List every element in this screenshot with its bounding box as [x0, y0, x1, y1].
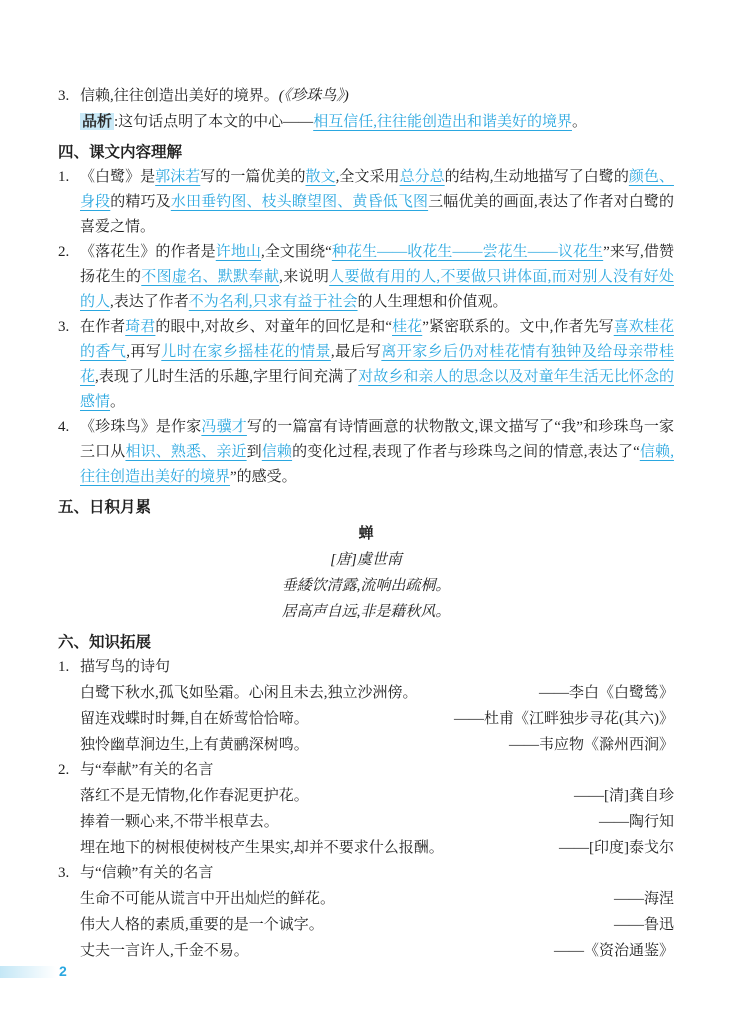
textbook-page: 3. 信赖,往往创造出美好的境界。(《珍珠鸟》) 品析:这句话点明了本文的中心—… — [0, 0, 730, 1024]
item-text: 《珍珠鸟》是作家冯骥才写的一篇富有诗情画意的状物散文,课文描写了“我”和珍珠鸟一… — [80, 415, 674, 490]
analysis-label: 品析 — [80, 113, 114, 130]
quote-line: 伟大人格的素质,重要的是一个诚字。 ——鲁迅 — [58, 912, 674, 938]
poem-title: 蝉 — [58, 522, 674, 547]
quote-source: ——海涅 — [614, 886, 674, 912]
group-heading: 与“奉献”有关的名言 — [80, 758, 674, 783]
quote-line: 埋在地下的树根使树枝产生果实,却并不要求什么报酬。 ——[印度]泰戈尔 — [58, 835, 674, 861]
quote-line: 丈夫一言许人,千金不易。 ——《资治通鉴》 — [58, 938, 674, 964]
quote-line: 落红不是无情物,化作春泥更护花。 ——[清]龚自珍 — [58, 783, 674, 809]
section4-title: 四、课文内容理解 — [58, 140, 674, 165]
group-heading: 描写鸟的诗句 — [80, 655, 674, 680]
item-number: 2. — [58, 240, 80, 265]
quote-text: 捧着一颗心来,不带半根草去。 — [80, 809, 279, 835]
comprehension-item-3: 3. 在作者琦君的眼中,对故乡、对童年的回忆是和“桂花”紧密联系的。文中,作者先… — [58, 315, 674, 415]
item-text: 在作者琦君的眼中,对故乡、对童年的回忆是和“桂花”紧密联系的。文中,作者先写喜欢… — [80, 315, 674, 415]
item-number: 3. — [58, 315, 80, 340]
quote-text: 落红不是无情物,化作春泥更护花。 — [80, 783, 309, 809]
group-heading-row: 2. 与“奉献”有关的名言 — [58, 758, 674, 783]
quote-group-trust: 3. 与“信赖”有关的名言 生命不可能从谎言中开出灿烂的鲜花。 ——海涅 伟大人… — [58, 861, 674, 964]
analysis-text: :这句话点明了本文的中心——相互信任,往往能创造出和谐美好的境界。 — [114, 114, 587, 130]
section6-title: 六、知识拓展 — [58, 630, 674, 655]
quote-line: 独怜幽草涧边生,上有黄鹂深树鸣。 ——韦应物《滁州西涧》 — [58, 732, 674, 758]
group-number: 1. — [58, 655, 80, 680]
section5-title: 五、日积月累 — [58, 495, 674, 520]
group-heading-row: 1. 描写鸟的诗句 — [58, 655, 674, 680]
group-heading: 与“信赖”有关的名言 — [80, 861, 674, 886]
item-number: 3. — [58, 84, 80, 109]
footer-gradient-bar — [0, 966, 56, 978]
comprehension-item-4: 4. 《珍珠鸟》是作家冯骥才写的一篇富有诗情画意的状物散文,课文描写了“我”和珍… — [58, 415, 674, 490]
poem-line-2: 居高声自远,非是藉秋风。 — [58, 599, 674, 625]
sentence-text: 信赖,往往创造出美好的境界。(《珍珠鸟》) — [80, 84, 674, 109]
quote-text: 伟大人格的素质,重要的是一个诚字。 — [80, 912, 324, 938]
quote-text: 白鹭下秋水,孤飞如坠霜。心闲且未去,独立沙洲傍。 — [80, 680, 418, 706]
quote-source: ——陶行知 — [599, 809, 674, 835]
item-number: 4. — [58, 415, 80, 440]
poem-block: 蝉 [唐]虞世南 垂緌饮清露,流响出疏桐。 居高声自远,非是藉秋风。 — [58, 522, 674, 625]
quote-source: ——李白《白鹭鸶》 — [539, 680, 674, 706]
item-text: 《落花生》的作者是许地山,全文围绕“种花生——收花生——尝花生——议花生”来写,… — [80, 240, 674, 315]
quote-line: 生命不可能从谎言中开出灿烂的鲜花。 ——海涅 — [58, 886, 674, 912]
quote-text: 生命不可能从谎言中开出灿烂的鲜花。 — [80, 886, 335, 912]
quote-source: ——韦应物《滁州西涧》 — [509, 732, 674, 758]
quote-text: 留连戏蝶时时舞,自在娇莺恰恰啼。 — [80, 706, 309, 732]
quote-source: ——鲁迅 — [614, 912, 674, 938]
analysis-line: 品析:这句话点明了本文的中心——相互信任,往往能创造出和谐美好的境界。 — [58, 109, 674, 135]
item-text: 《白鹭》是郭沫若写的一篇优美的散文,全文采用总分总的结构,生动地描写了白鹭的颜色… — [80, 165, 674, 240]
quote-source: ——[清]龚自珍 — [574, 783, 674, 809]
page-content: 3. 信赖,往往创造出美好的境界。(《珍珠鸟》) 品析:这句话点明了本文的中心—… — [58, 84, 674, 964]
quote-line: 白鹭下秋水,孤飞如坠霜。心闲且未去,独立沙洲傍。 ——李白《白鹭鸶》 — [58, 680, 674, 706]
quote-group-birds: 1. 描写鸟的诗句 白鹭下秋水,孤飞如坠霜。心闲且未去,独立沙洲傍。 ——李白《… — [58, 655, 674, 758]
quote-source: ——[印度]泰戈尔 — [559, 835, 674, 861]
quote-line: 留连戏蝶时时舞,自在娇莺恰恰啼。 ——杜甫《江畔独步寻花(其六)》 — [58, 706, 674, 732]
poem-line-1: 垂緌饮清露,流响出疏桐。 — [58, 573, 674, 599]
quote-source: ——杜甫《江畔独步寻花(其六)》 — [454, 706, 674, 732]
group-number: 3. — [58, 861, 80, 886]
quote-source: ——《资治通鉴》 — [554, 938, 674, 964]
quote-line: 捧着一颗心来,不带半根草去。 ——陶行知 — [58, 809, 674, 835]
quote-text: 埋在地下的树根使树枝产生果实,却并不要求什么报酬。 — [80, 835, 444, 861]
item-number: 1. — [58, 165, 80, 190]
group-heading-row: 3. 与“信赖”有关的名言 — [58, 861, 674, 886]
page-number: 2 — [59, 962, 67, 980]
quote-text: 丈夫一言许人,千金不易。 — [80, 938, 249, 964]
group-number: 2. — [58, 758, 80, 783]
comprehension-item-2: 2. 《落花生》的作者是许地山,全文围绕“种花生——收花生——尝花生——议花生”… — [58, 240, 674, 315]
sentence-item: 3. 信赖,往往创造出美好的境界。(《珍珠鸟》) — [58, 84, 674, 109]
poem-author: [唐]虞世南 — [58, 547, 674, 573]
quote-group-dedication: 2. 与“奉献”有关的名言 落红不是无情物,化作春泥更护花。 ——[清]龚自珍 … — [58, 758, 674, 861]
comprehension-item-1: 1. 《白鹭》是郭沫若写的一篇优美的散文,全文采用总分总的结构,生动地描写了白鹭… — [58, 165, 674, 240]
quote-text: 独怜幽草涧边生,上有黄鹂深树鸣。 — [80, 732, 309, 758]
